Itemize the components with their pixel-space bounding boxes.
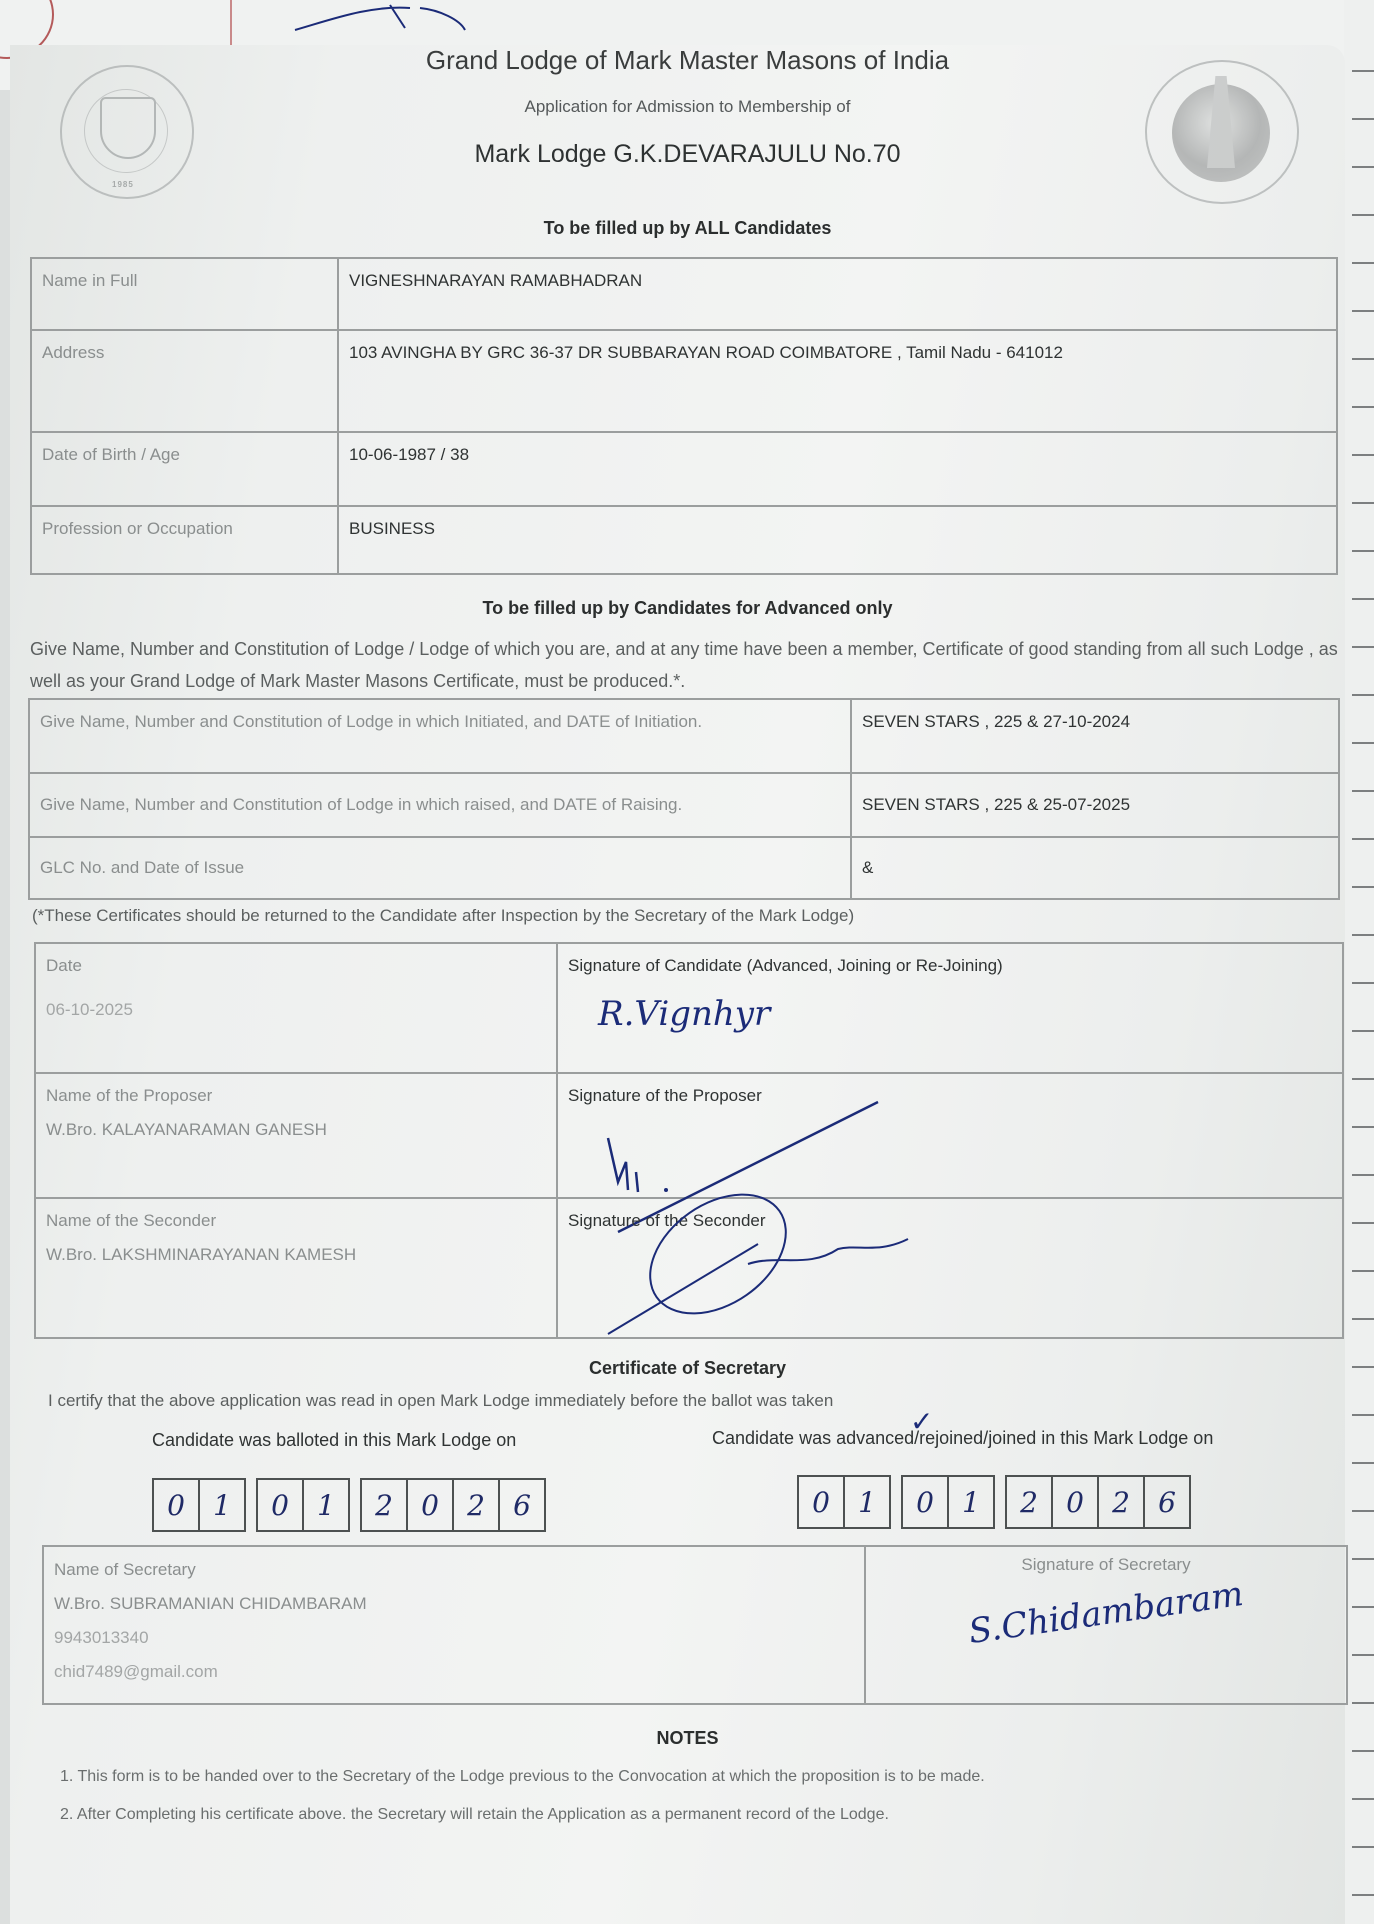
- seal-year: 1985: [112, 180, 134, 189]
- date-digit-group: 2026: [1005, 1475, 1191, 1529]
- ruled-line: [1352, 1606, 1374, 1608]
- advanced-label: Candidate was advanced/rejoined/joined i…: [712, 1428, 1213, 1449]
- form-subtitle: Application for Admission to Membership …: [10, 97, 1365, 117]
- field-label: Profession or Occupation: [31, 506, 338, 574]
- table-row: Date 06-10-2025 Signature of Candidate (…: [35, 943, 1343, 1073]
- dob-age-field[interactable]: 10-06-1987 / 38: [338, 432, 1337, 506]
- field-label: Give Name, Number and Constitution of Lo…: [29, 773, 851, 837]
- balloted-label: Candidate was balloted in this Mark Lodg…: [152, 1430, 516, 1451]
- candidate-signature-label: Signature of Candidate (Advanced, Joinin…: [568, 956, 1332, 976]
- proposer-cell: Name of the Proposer W.Bro. KALAYANARAMA…: [35, 1073, 557, 1198]
- glc-field[interactable]: &: [851, 837, 1339, 899]
- org-title: Grand Lodge of Mark Master Masons of Ind…: [10, 45, 1365, 76]
- certificate-footnote: (*These Certificates should be returned …: [32, 905, 854, 927]
- ruled-line: [1352, 1126, 1374, 1128]
- date-digit-cell[interactable]: 6: [1145, 1477, 1189, 1527]
- notes-list: 1. This form is to be handed over to the…: [60, 1758, 985, 1834]
- notes-heading: NOTES: [10, 1728, 1365, 1749]
- field-label: Give Name, Number and Constitution of Lo…: [29, 699, 851, 773]
- ruled-line: [1352, 358, 1374, 360]
- ruled-line: [1352, 646, 1374, 648]
- signature-fragment: [290, 0, 490, 40]
- secretary-email[interactable]: chid7489@gmail.com: [54, 1655, 854, 1689]
- seconder-signature[interactable]: [608, 1194, 968, 1334]
- date-value[interactable]: 06-10-2025: [46, 1000, 546, 1020]
- address-field[interactable]: 103 AVINGHA BY GRC 36-37 DR SUBBARAYAN R…: [338, 330, 1337, 432]
- date-digit-cell[interactable]: 2: [1099, 1477, 1145, 1527]
- seconder-label: Name of the Seconder: [46, 1211, 546, 1231]
- advanced-details-table: Give Name, Number and Constitution of Lo…: [28, 698, 1340, 900]
- regional-lodge-seal-icon: [1145, 60, 1299, 204]
- ruled-line: [1352, 1654, 1374, 1656]
- seconder-cell: Name of the Seconder W.Bro. LAKSHMINARAY…: [35, 1198, 557, 1338]
- note-item: 2. After Completing his certificate abov…: [60, 1796, 985, 1834]
- table-row: Name of Secretary W.Bro. SUBRAMANIAN CHI…: [43, 1546, 1347, 1704]
- raising-field[interactable]: SEVEN STARS , 225 & 25-07-2025: [851, 773, 1339, 837]
- ruled-line: [1352, 1462, 1374, 1464]
- ruled-line: [1352, 454, 1374, 456]
- date-digit-cell[interactable]: 0: [258, 1480, 304, 1530]
- secretary-table: Name of Secretary W.Bro. SUBRAMANIAN CHI…: [42, 1545, 1348, 1705]
- table-row: Address 103 AVINGHA BY GRC 36-37 DR SUBB…: [31, 330, 1337, 432]
- secretary-phone: 9943013340: [54, 1621, 854, 1655]
- date-digit-cell[interactable]: 2: [454, 1480, 500, 1530]
- ruled-line: [1352, 1702, 1374, 1704]
- date-digit-group: 01: [797, 1475, 891, 1529]
- date-digit-cell[interactable]: 0: [408, 1480, 454, 1530]
- section-all-heading: To be filled up by ALL Candidates: [10, 218, 1365, 239]
- date-digit-cell[interactable]: 1: [304, 1480, 348, 1530]
- date-digit-cell[interactable]: 1: [200, 1480, 244, 1530]
- application-form: 1985 Grand Lodge of Mark Master Masons o…: [10, 45, 1345, 1924]
- ruled-line: [1352, 838, 1374, 840]
- section-advanced-heading: To be filled up by Candidates for Advanc…: [10, 598, 1365, 619]
- proposer-signature-cell: Signature of the Proposer: [557, 1073, 1343, 1198]
- date-digit-cell[interactable]: 1: [949, 1477, 993, 1527]
- table-row: Give Name, Number and Constitution of Lo…: [29, 773, 1339, 837]
- ruled-line: [1352, 1174, 1374, 1176]
- advanced-instruction: Give Name, Number and Constitution of Lo…: [30, 633, 1340, 697]
- ruled-line: [1352, 1270, 1374, 1272]
- advanced-date-boxes[interactable]: 01012026: [797, 1475, 1191, 1529]
- ruled-line: [1352, 1846, 1374, 1848]
- date-digit-cell[interactable]: 6: [500, 1480, 544, 1530]
- secretary-signature[interactable]: S.Chidambaram: [875, 1561, 1336, 1665]
- date-digit-cell[interactable]: 0: [154, 1480, 200, 1530]
- signatures-table: Date 06-10-2025 Signature of Candidate (…: [34, 942, 1344, 1339]
- candidate-signature-cell: Signature of Candidate (Advanced, Joinin…: [557, 943, 1343, 1073]
- ruled-line: [1352, 934, 1374, 936]
- candidate-details-table: Name in Full VIGNESHNARAYAN RAMABHADRAN …: [30, 257, 1338, 575]
- date-digit-cell[interactable]: 0: [1053, 1477, 1099, 1527]
- ruled-line: [1352, 502, 1374, 504]
- advanced-tick-icon: ✓: [910, 1405, 933, 1438]
- ruled-line: [1352, 1750, 1374, 1752]
- ruled-line: [1352, 1222, 1374, 1224]
- initiation-field[interactable]: SEVEN STARS , 225 & 27-10-2024: [851, 699, 1339, 773]
- ruled-line: [1352, 742, 1374, 744]
- note-item: 1. This form is to be handed over to the…: [60, 1758, 985, 1796]
- secretary-certificate-heading: Certificate of Secretary: [10, 1358, 1365, 1379]
- date-cell: Date 06-10-2025: [35, 943, 557, 1073]
- ruled-line: [1352, 406, 1374, 408]
- margin-line: [230, 0, 232, 45]
- ruled-line: [1352, 1798, 1374, 1800]
- ruled-line: [1352, 1894, 1374, 1896]
- ruled-line: [1352, 1030, 1374, 1032]
- ruled-line: [1352, 886, 1374, 888]
- secretary-label: Name of Secretary: [54, 1553, 854, 1587]
- ruled-line: [1352, 982, 1374, 984]
- occupation-field[interactable]: BUSINESS: [338, 506, 1337, 574]
- date-digit-group: 01: [152, 1478, 246, 1532]
- seconder-signature-cell: Signature of the Seconder: [557, 1198, 1343, 1338]
- ruled-line: [1352, 262, 1374, 264]
- table-row: Give Name, Number and Constitution of Lo…: [29, 699, 1339, 773]
- date-digit-cell[interactable]: 1: [845, 1477, 889, 1527]
- lined-paper-edge: [1344, 0, 1374, 1924]
- ruled-line: [1352, 310, 1374, 312]
- table-row: Name of the Seconder W.Bro. LAKSHMINARAY…: [35, 1198, 1343, 1338]
- date-digit-cell[interactable]: 2: [362, 1480, 408, 1530]
- ruled-line: [1352, 694, 1374, 696]
- secretary-details-cell: Name of Secretary W.Bro. SUBRAMANIAN CHI…: [43, 1546, 865, 1704]
- proposer-label: Name of the Proposer: [46, 1086, 546, 1106]
- field-label: Name in Full: [31, 258, 338, 330]
- grand-lodge-seal-icon: 1985: [60, 65, 194, 199]
- field-label: Address: [31, 330, 338, 432]
- date-digit-group: 2026: [360, 1478, 546, 1532]
- ruled-line: [1352, 1558, 1374, 1560]
- secretary-name: W.Bro. SUBRAMANIAN CHIDAMBARAM: [54, 1587, 854, 1621]
- table-row: Profession or Occupation BUSINESS: [31, 506, 1337, 574]
- ruled-line: [1352, 1510, 1374, 1512]
- balloted-date-boxes[interactable]: 01012026: [152, 1478, 546, 1532]
- field-label: Date of Birth / Age: [31, 432, 338, 506]
- ruled-line: [1352, 118, 1374, 120]
- ruled-line: [1352, 790, 1374, 792]
- proposer-name[interactable]: W.Bro. KALAYANARAMAN GANESH: [46, 1120, 546, 1140]
- date-digit-cell[interactable]: 0: [799, 1477, 845, 1527]
- date-label: Date: [46, 956, 546, 976]
- seconder-name[interactable]: W.Bro. LAKSHMINARAYANAN KAMESH: [46, 1245, 546, 1265]
- table-row: Name of the Proposer W.Bro. KALAYANARAMA…: [35, 1073, 1343, 1198]
- table-row: GLC No. and Date of Issue &: [29, 837, 1339, 899]
- name-field[interactable]: VIGNESHNARAYAN RAMABHADRAN: [338, 258, 1337, 330]
- date-digit-cell[interactable]: 0: [903, 1477, 949, 1527]
- secretary-signature-cell: Signature of Secretary S.Chidambaram: [865, 1546, 1347, 1704]
- date-digit-cell[interactable]: 2: [1007, 1477, 1053, 1527]
- candidate-signature[interactable]: R.Vignhyr: [598, 994, 1332, 1034]
- table-row: Name in Full VIGNESHNARAYAN RAMABHADRAN: [31, 258, 1337, 330]
- ruled-line: [1352, 1078, 1374, 1080]
- ruled-line: [1352, 214, 1374, 216]
- date-digit-group: 01: [256, 1478, 350, 1532]
- ruled-line: [1352, 1414, 1374, 1416]
- ruled-line: [1352, 1318, 1374, 1320]
- date-digit-group: 01: [901, 1475, 995, 1529]
- secretary-statement: I certify that the above application was…: [48, 1385, 833, 1417]
- ruled-line: [1352, 550, 1374, 552]
- field-label: GLC No. and Date of Issue: [29, 837, 851, 899]
- table-row: Date of Birth / Age 10-06-1987 / 38: [31, 432, 1337, 506]
- lodge-name: Mark Lodge G.K.DEVARAJULU No.70: [10, 140, 1365, 169]
